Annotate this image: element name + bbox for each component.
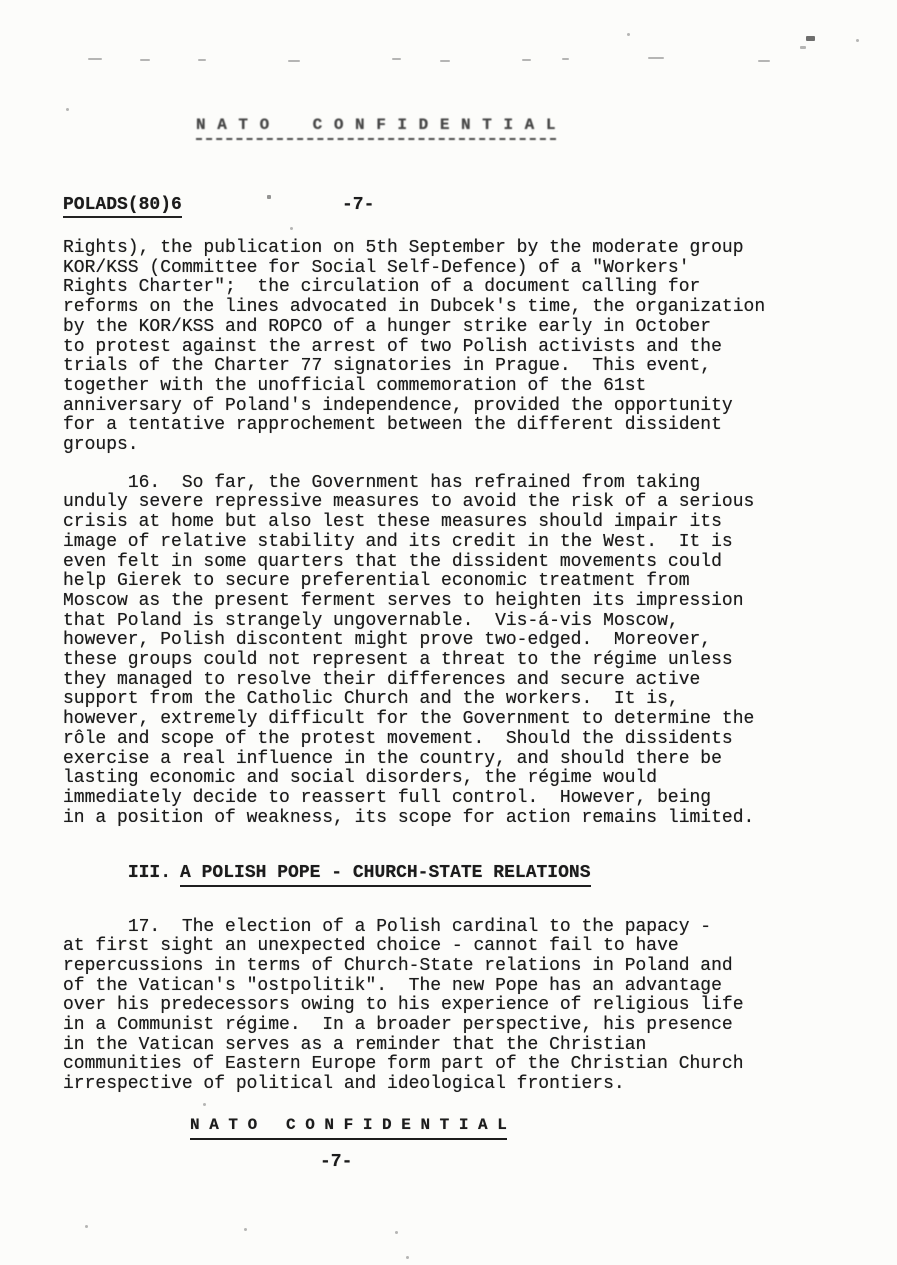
classification-banner-top: N A T O C O N F I D E N T I A L xyxy=(196,116,556,140)
paragraph-15-continuation: Rights), the publication on 5th Septembe… xyxy=(63,239,783,456)
document-page: N A T O C O N F I D E N T I A L POLADS(8… xyxy=(0,0,897,1265)
classification-banner-bottom: N A T O C O N F I D E N T I A L xyxy=(190,1116,507,1140)
scan-artifact xyxy=(392,58,401,60)
document-body: Rights), the publication on 5th Septembe… xyxy=(63,239,783,1095)
scan-artifact xyxy=(522,59,531,61)
scan-artifact xyxy=(562,58,569,60)
page-number-top: -7- xyxy=(342,195,374,215)
scan-artifact xyxy=(66,108,69,111)
page-number-bottom: -7- xyxy=(320,1152,352,1172)
scan-artifact xyxy=(290,227,293,230)
scan-artifact xyxy=(288,60,300,62)
scan-artifact xyxy=(406,1256,409,1259)
scan-artifact xyxy=(800,46,806,49)
scan-artifact xyxy=(440,60,450,62)
scan-artifact xyxy=(806,36,815,41)
scan-artifact xyxy=(88,58,102,60)
scan-artifact xyxy=(198,59,206,61)
scan-artifact xyxy=(85,1225,88,1228)
section-title: A POLISH POPE - CHURCH-STATE RELATIONS xyxy=(180,863,590,887)
document-reference: POLADS(80)6 xyxy=(63,195,182,218)
scan-artifact xyxy=(244,1228,247,1231)
scan-artifact xyxy=(856,39,859,42)
scan-artifact xyxy=(140,59,150,61)
scan-artifact xyxy=(203,1103,206,1106)
section-heading: III.A POLISH POPE - CHURCH-STATE RELATIO… xyxy=(63,844,783,903)
scan-artifact xyxy=(267,195,271,199)
paragraph-16: 16. So far, the Government has refrained… xyxy=(63,474,783,829)
scan-artifact xyxy=(648,57,664,59)
scan-artifact xyxy=(758,60,770,62)
scan-artifact xyxy=(395,1231,398,1234)
scan-artifact xyxy=(627,33,630,36)
paragraph-17: 17. The election of a Polish cardinal to… xyxy=(63,918,783,1095)
section-numeral: III. xyxy=(128,863,171,883)
